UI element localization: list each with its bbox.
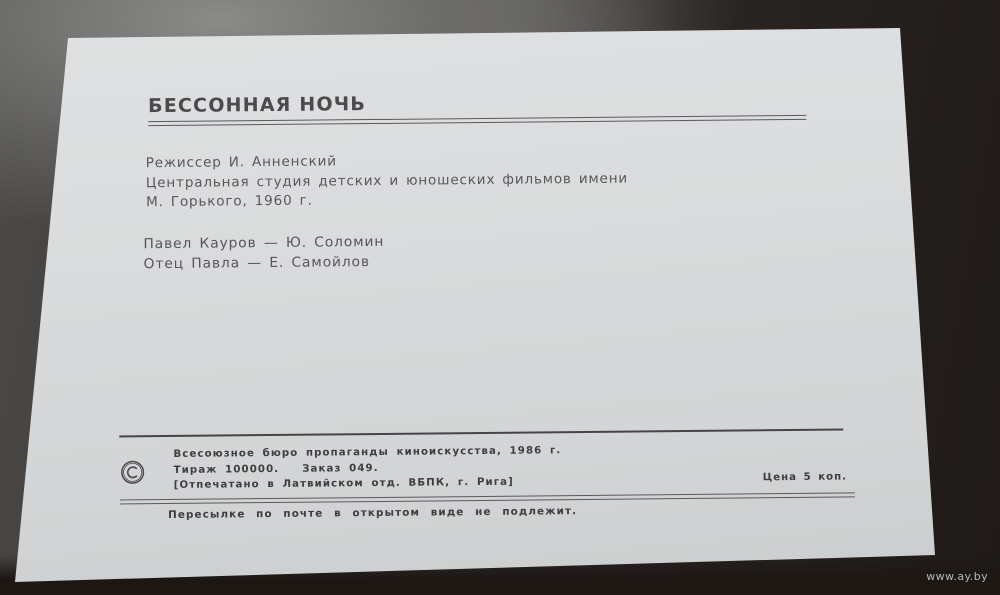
price-label: Цена 5 коп. <box>763 471 847 483</box>
mail-restriction-note: Пересылке по почте в открытом виде не по… <box>168 505 577 521</box>
imprint-top-rule <box>119 429 843 438</box>
cast-item: Отец Павла — Е. Самойлов <box>144 252 385 274</box>
cast-block: Павел Кауров — Ю. Соломин Отец Павла — Е… <box>143 233 384 274</box>
imprint-block: Всесоюзное бюро пропаганды киноискусства… <box>173 443 561 493</box>
site-watermark: www.ay.by <box>926 570 988 583</box>
postcard-back: БЕССОННАЯ НОЧЬ Режиссер И. Анненский Цен… <box>0 0 1000 595</box>
copyright-icon <box>121 460 145 484</box>
film-title: БЕССОННАЯ НОЧЬ <box>148 93 366 117</box>
printer-line: [Отпечатано в Латвийском отд. ВБПК, г. Р… <box>174 474 562 493</box>
credits-block: Режиссер И. Анненский Центральная студия… <box>146 150 629 213</box>
imprint-bottom-rule <box>120 492 855 504</box>
postcard-content: БЕССОННАЯ НОЧЬ Режиссер И. Анненский Цен… <box>0 0 1000 595</box>
studio-year-line: М. Горького, 1960 г. <box>146 189 628 213</box>
cast-item: Павел Кауров — Ю. Соломин <box>143 233 384 255</box>
title-underline <box>148 115 806 126</box>
